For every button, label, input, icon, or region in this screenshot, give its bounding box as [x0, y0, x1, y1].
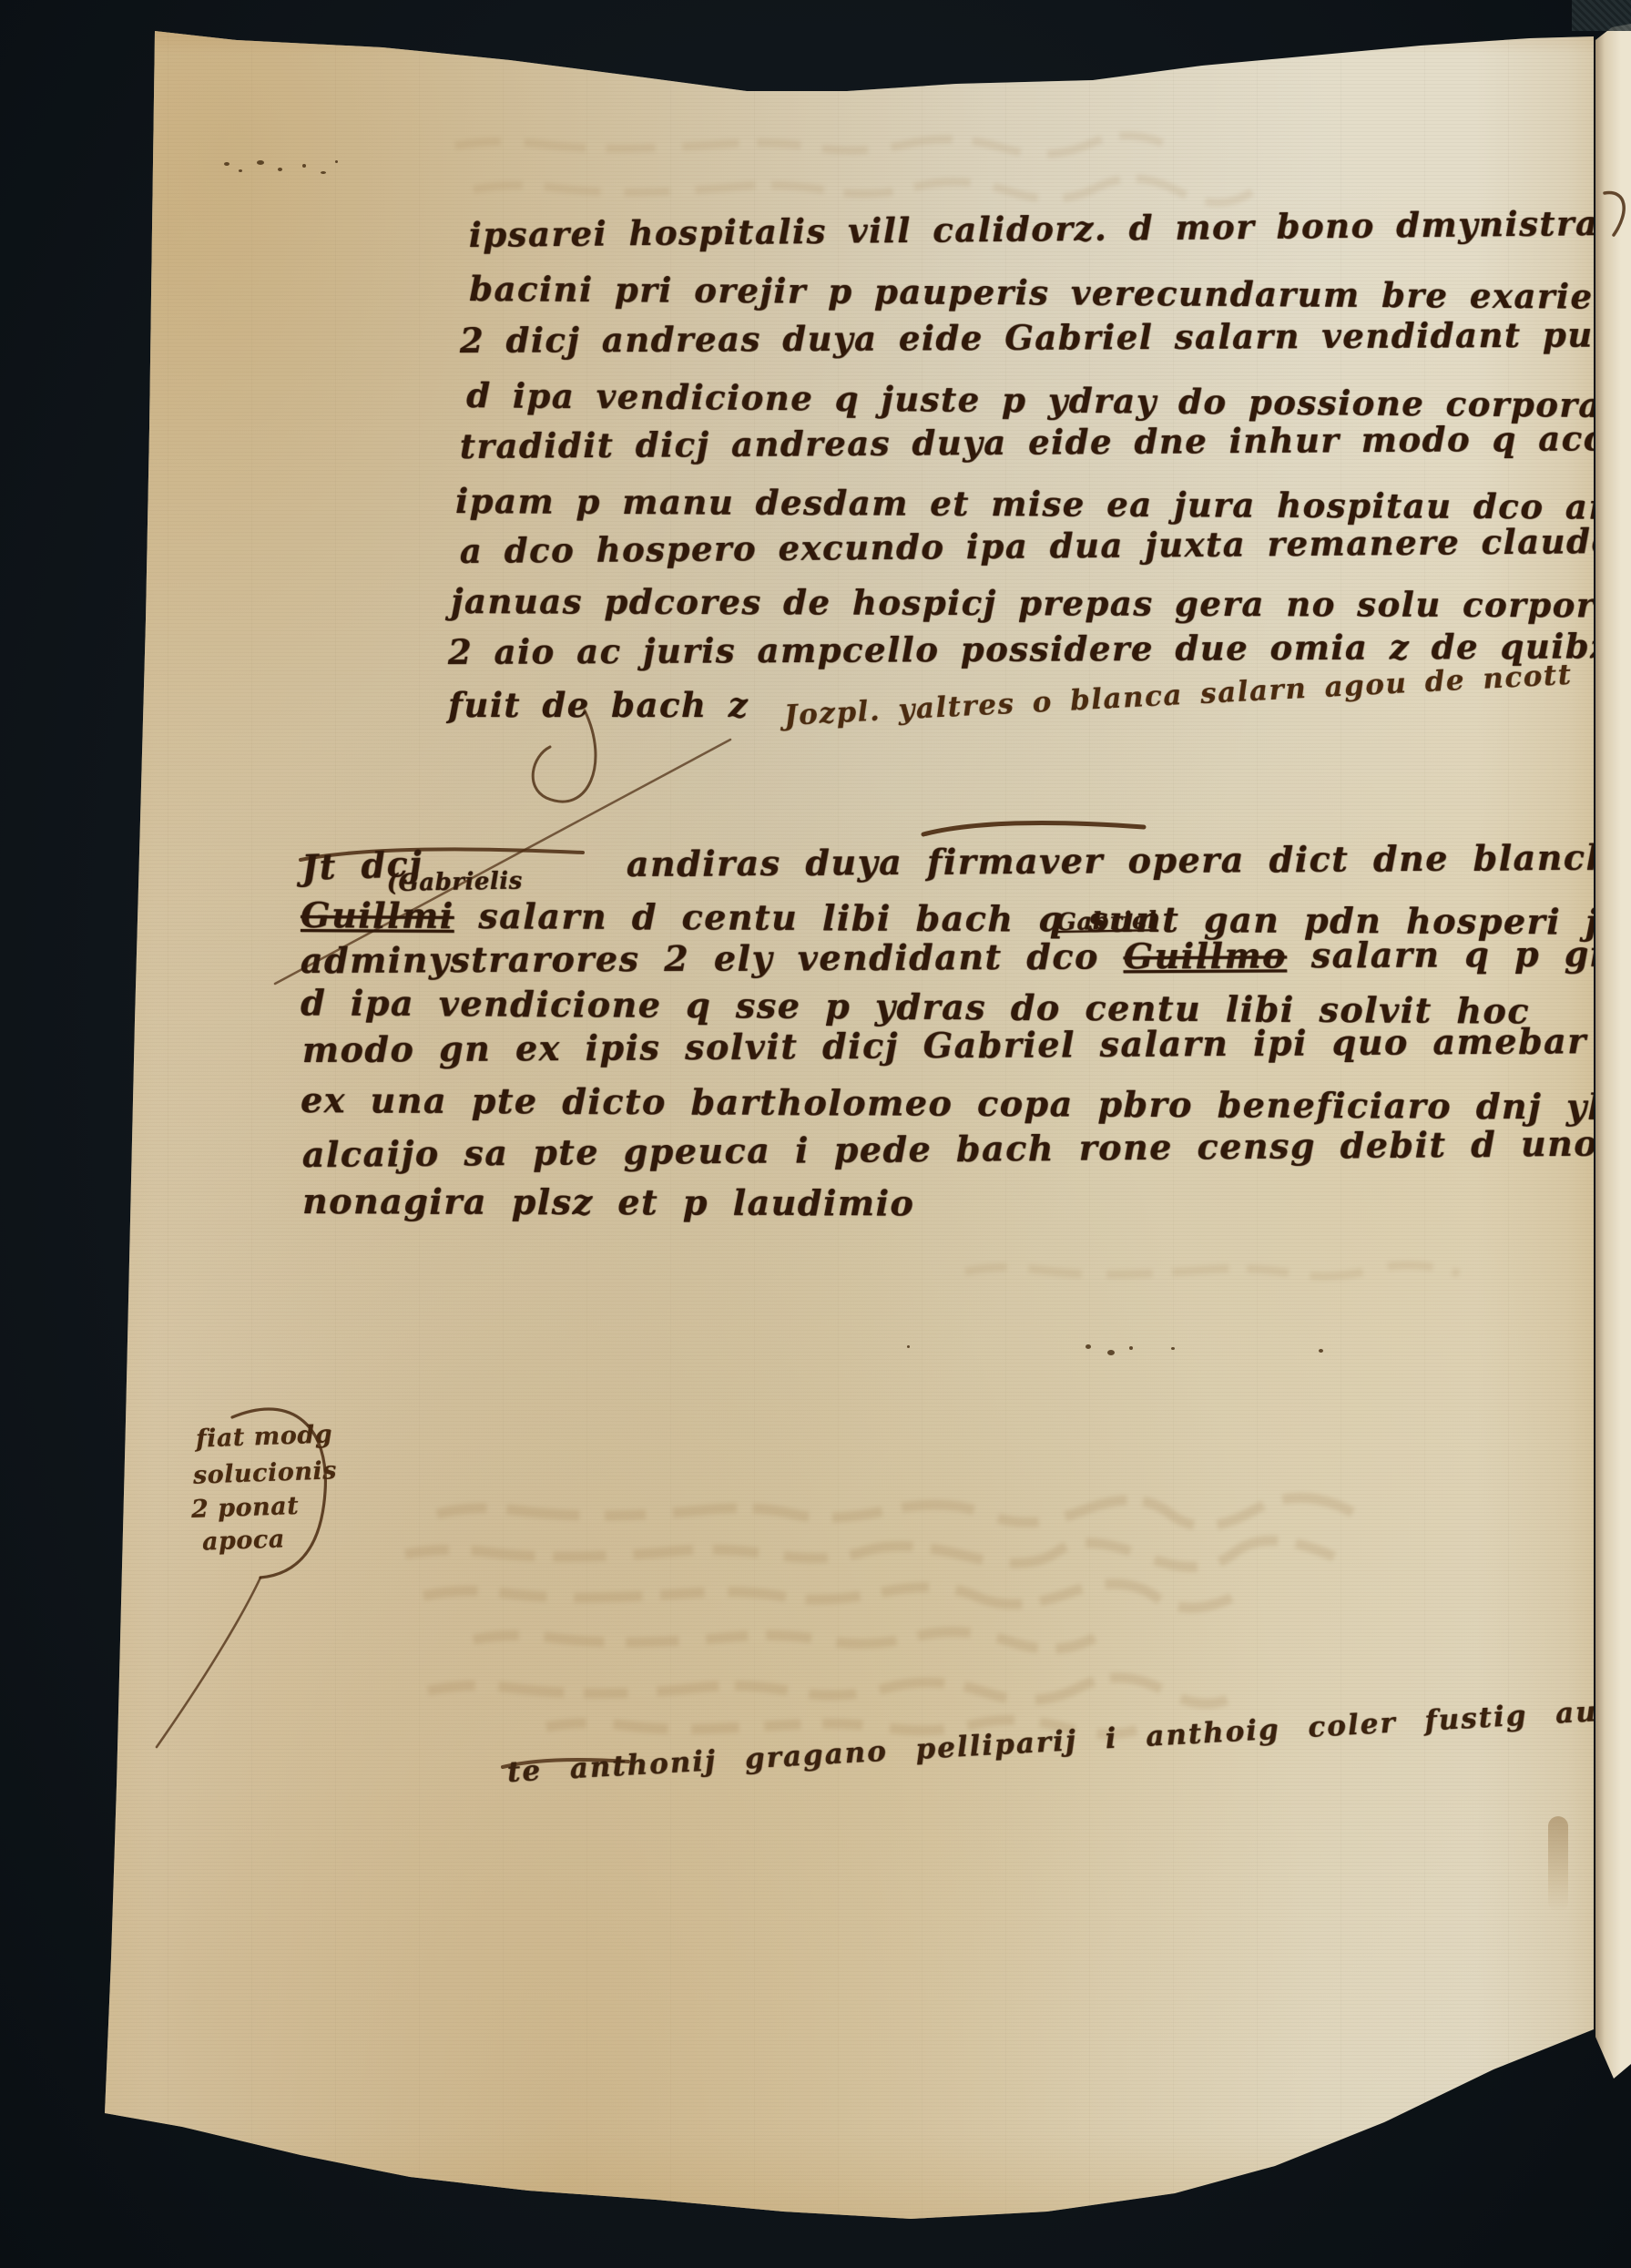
margin-note-line: solucionis [193, 1456, 338, 1489]
struck-word: Guillmi [301, 894, 454, 936]
text-line: andiras duya firmaver opera dict dne bla… [627, 835, 1631, 884]
text-line: adminystrarores 2 ely vendidant dco Guil… [301, 933, 1631, 981]
text-segment: salarn q p gint [1287, 933, 1631, 976]
margin-note-line: fiat modg [196, 1420, 333, 1453]
margin-note-tail [157, 1578, 260, 1747]
margin-note-line: apoca [201, 1525, 285, 1556]
text-line: ex una pte dicto bartholomeo copa pbro b… [301, 1079, 1631, 1128]
text-line: januas pdcores de hospicj prepas gera no… [451, 581, 1631, 626]
struck-word: Guillmo [1123, 935, 1287, 976]
text-line: nonagira plsz et p laudimio [302, 1180, 914, 1223]
text-line: tradidit dicj andreas duya eide dne inhu… [460, 418, 1631, 466]
margin-note-line: 2 ponat [190, 1492, 299, 1524]
text-line: 2 dicj andreas duya eide Gabriel salarn … [460, 314, 1631, 361]
text-segment: adminystrarores 2 ely vendidant dco [301, 935, 1124, 981]
binding-cloth [1572, 0, 1631, 31]
flourish-above-opera [923, 823, 1144, 835]
interlinear-insertion: Gabriel [1055, 907, 1157, 936]
photograph-background: ipsarei hospitalis vill calidorz. d mor … [0, 0, 1631, 2268]
interlinear-insertion: (Gabrielis [386, 867, 523, 897]
ink-blot-drip [1548, 1816, 1568, 1912]
text-line: ipam p manu desdam et mise ea jura hospi… [455, 481, 1631, 527]
text-line: fuit de bach z [448, 685, 749, 725]
manuscript-page: ipsarei hospitalis vill calidorz. d mor … [0, 0, 1631, 2268]
